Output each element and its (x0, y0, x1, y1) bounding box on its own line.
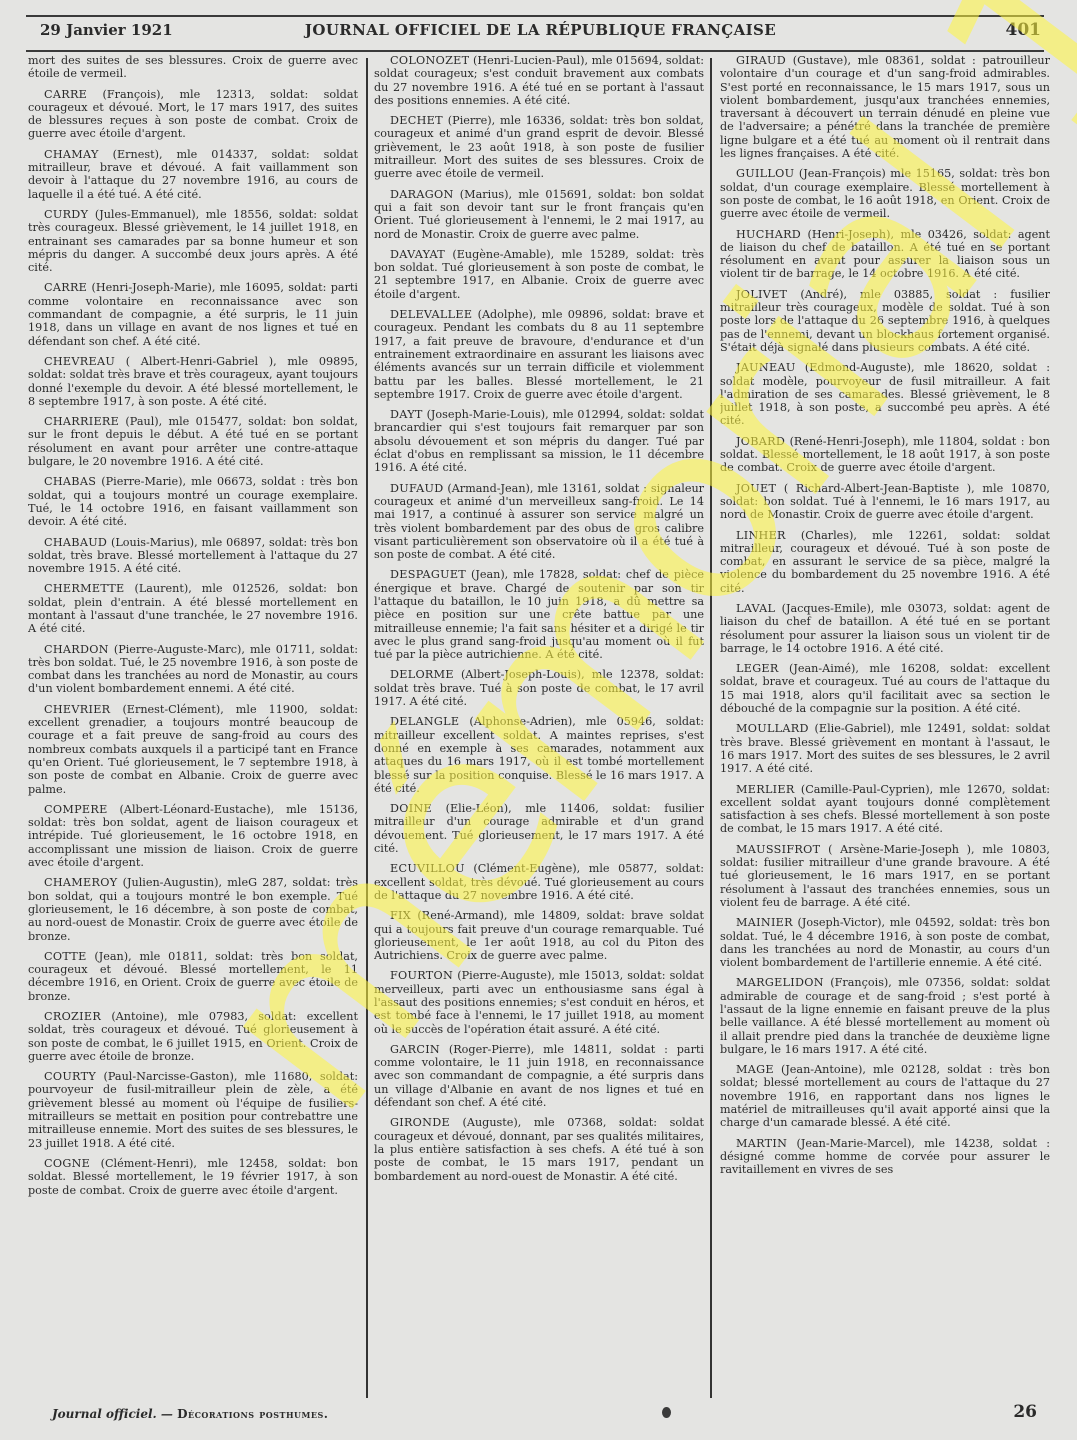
soldier-name: CURDY (44, 208, 88, 221)
entry-continuation: mort des suites de ses blessures. Croix … (28, 54, 358, 81)
citation-entry: LEGER (Jean-Aimé), mle 16208, soldat: ex… (720, 662, 1050, 715)
header-page-number: 401 (1006, 20, 1042, 40)
citation-entry: CHAMAY (Ernest), mle 014337, soldat: sol… (28, 148, 358, 201)
citation-entry: CHAMEROY (Julien-Augustin), mleG 287, so… (28, 876, 358, 942)
soldier-name: DELANGLE (390, 715, 459, 728)
footer-sheet-number: 26 (1013, 1402, 1037, 1422)
citation-entry: JAUNEAU (Edmond-Auguste), mle 18620, sol… (720, 361, 1050, 427)
soldier-name: COTTE (44, 950, 87, 963)
citation-entry: CHEVREAU ( Albert-Henri-Gabriel ), mle 0… (28, 355, 358, 408)
header-title: JOURNAL OFFICIEL DE LA RÉPUBLIQUE FRANÇA… (40, 21, 1041, 39)
soldier-name: MAGE (736, 1063, 774, 1076)
citation-text: (Jean), mle 17828, soldat: chef de pièce… (374, 568, 704, 661)
soldier-name: CHEVRIER (44, 703, 110, 716)
soldier-name: DARAGON (390, 188, 454, 201)
citation-entry: DAYT (Joseph-Marie-Louis), mle 012994, s… (374, 408, 704, 474)
citation-entry: GIRAUD (Gustave), mle 08361, soldat : pa… (720, 54, 1050, 160)
soldier-name: DUFAUD (390, 482, 443, 495)
citation-text: (Ernest-Clément), mle 11900, soldat: exc… (28, 703, 358, 796)
footer-bullet-icon (662, 1407, 671, 1418)
citation-entry: MARTIN (Jean-Marie-Marcel), mle 14238, s… (720, 1137, 1050, 1177)
soldier-name: MARGELIDON (736, 976, 824, 989)
citation-entry: GIRONDE (Auguste), mle 07368, soldat: so… (374, 1116, 704, 1182)
soldier-name: CHEVREAU (44, 355, 115, 368)
footer-journal: Journal officiel. — (52, 1407, 173, 1421)
column-3: GIRAUD (Gustave), mle 08361, soldat : pa… (720, 54, 1050, 1399)
citation-entry: CARRE (François), mle 12313, soldat: sol… (28, 88, 358, 141)
citation-entry: LINHER (Charles), mle 12261, soldat: sol… (720, 529, 1050, 595)
soldier-name: CHABAUD (44, 536, 107, 549)
soldier-name: JOLIVET (736, 288, 787, 301)
citation-entry: DESPAGUET (Jean), mle 17828, soldat: che… (374, 568, 704, 661)
citation-entry: COURTY (Paul-Narcisse-Gaston), mle 11680… (28, 1070, 358, 1150)
citation-entry: JOBARD (René-Henri-Joseph), mle 11804, s… (720, 435, 1050, 475)
citation-entry: COGNE (Clément-Henri), mle 12458, soldat… (28, 1157, 358, 1197)
soldier-name: DESPAGUET (390, 568, 466, 581)
citation-entry: LAVAL (Jacques-Emile), mle 03073, soldat… (720, 602, 1050, 655)
citation-entry: ECUVILLOU (Clément-Eugène), mle 05877, s… (374, 862, 704, 902)
soldier-name: CHERMETTE (44, 582, 125, 595)
soldier-name: LINHER (736, 529, 786, 542)
citation-text: (Joseph-Marie-Louis), mle 012994, soldat… (374, 408, 704, 474)
soldier-name: MERLIER (736, 783, 795, 796)
citation-entry: CHABAUD (Louis-Marius), mle 06897, solda… (28, 536, 358, 576)
citation-text: (Adolphe), mle 09896, soldat: brave et c… (374, 308, 704, 401)
soldier-name: MOULLARD (736, 722, 809, 735)
citation-entry: MAUSSIFROT ( Arsène-Marie-Joseph ), mle … (720, 843, 1050, 909)
citation-entry: DUFAUD (Armand-Jean), mle 13161, soldat … (374, 482, 704, 562)
column-divider (366, 58, 368, 1398)
citation-entry: CHABAS (Pierre-Marie), mle 06673, soldat… (28, 475, 358, 528)
soldier-name: DELORME (390, 668, 454, 681)
soldier-name: CHABAS (44, 475, 96, 488)
soldier-name: LEGER (736, 662, 779, 675)
citation-entry: CHERMETTE (Laurent), mle 012526, soldat:… (28, 582, 358, 635)
citation-entry: MAINIER (Joseph-Victor), mle 04592, sold… (720, 916, 1050, 969)
citation-entry: MARGELIDON (François), mle 07356, soldat… (720, 976, 1050, 1056)
column-2: COLONOZET (Henri-Lucien-Paul), mle 01569… (374, 54, 704, 1399)
citation-entry: CHARRIERE (Paul), mle 015477, soldat: bo… (28, 415, 358, 468)
soldier-name: DAVAYAT (390, 248, 445, 261)
citation-text: (Gustave), mle 08361, soldat : patrouill… (720, 54, 1050, 160)
soldier-name: DAYT (390, 408, 423, 421)
soldier-name: MARTIN (736, 1137, 787, 1150)
citation-entry: CROZIER (Antoine), mle 07983, soldat: ex… (28, 1010, 358, 1063)
citation-entry: GUILLOU (Jean-François) mle 15165, solda… (720, 167, 1050, 220)
citation-entry: MAGE (Jean-Antoine), mle 02128, soldat :… (720, 1063, 1050, 1129)
citation-entry: CHEVRIER (Ernest-Clément), mle 11900, so… (28, 703, 358, 796)
header-top-rule (26, 15, 1044, 17)
header-bottom-rule (26, 50, 1044, 52)
citation-entry: DELEVALLEE (Adolphe), mle 09896, soldat:… (374, 308, 704, 401)
soldier-name: JOBARD (736, 435, 785, 448)
column-divider (710, 58, 712, 1398)
soldier-name: HUCHARD (736, 228, 801, 241)
citation-entry: CARRE (Henri-Joseph-Marie), mle 16095, s… (28, 281, 358, 347)
citation-entry: CHARDON (Pierre-Auguste-Marc), mle 01711… (28, 643, 358, 696)
citation-entry: JOLIVET (André), mle 03885, soldat : fus… (720, 288, 1050, 354)
footer-section: Décorations posthumes. (177, 1407, 328, 1421)
citation-entry: MERLIER (Camille-Paul-Cyprien), mle 1267… (720, 783, 1050, 836)
soldier-name: GUILLOU (736, 167, 794, 180)
column-1: mort des suites de ses blessures. Croix … (28, 54, 358, 1399)
page-header: 29 Janvier 1921 JOURNAL OFFICIEL DE LA R… (40, 21, 1041, 45)
soldier-name: GIRONDE (390, 1116, 450, 1129)
soldier-name: LAVAL (736, 602, 775, 615)
citation-entry: DAVAYAT (Eugène-Amable), mle 15289, sold… (374, 248, 704, 301)
soldier-name: COURTY (44, 1070, 96, 1083)
citation-text: (René-Armand), mle 14809, soldat: brave … (374, 909, 704, 962)
journal-page: 29 Janvier 1921 JOURNAL OFFICIEL DE LA R… (0, 0, 1077, 1440)
soldier-name: CHAMEROY (44, 876, 117, 889)
soldier-name: DELEVALLEE (390, 308, 472, 321)
citation-entry: HUCHARD (Henri-Joseph), mle 03426, solda… (720, 228, 1050, 281)
soldier-name: DOINE (390, 802, 432, 815)
citation-entry: MOULLARD (Elie-Gabriel), mle 12491, sold… (720, 722, 1050, 775)
citation-entry: DOINE (Elie-Léon), mle 11406, soldat: fu… (374, 802, 704, 855)
citation-entry: DELANGLE (Alphonse-Adrien), mle 05946, s… (374, 715, 704, 795)
citation-entry: GARCIN (Roger-Pierre), mle 14811, soldat… (374, 1043, 704, 1109)
soldier-name: JAUNEAU (736, 361, 796, 374)
soldier-name: FIX (390, 909, 411, 922)
citation-entry: JOUET ( Richard-Albert-Jean-Baptiste ), … (720, 482, 1050, 522)
citation-entry: FOURTON (Pierre-Auguste), mle 15013, sol… (374, 969, 704, 1035)
citation-entry: COTTE (Jean), mle 01811, soldat: très bo… (28, 950, 358, 1003)
soldier-name: CHARDON (44, 643, 109, 656)
citation-entry: COLONOZET (Henri-Lucien-Paul), mle 01569… (374, 54, 704, 107)
soldier-name: CROZIER (44, 1010, 101, 1023)
soldier-name: COGNE (44, 1157, 90, 1170)
footer-caption: Journal officiel. — Décorations posthume… (52, 1407, 328, 1421)
citation-entry: DELORME (Albert-Joseph-Louis), mle 12378… (374, 668, 704, 708)
soldier-name: JOUET (736, 482, 776, 495)
soldier-name: MAUSSIFROT (736, 843, 820, 856)
soldier-name: MAINIER (736, 916, 793, 929)
citation-entry: FIX (René-Armand), mle 14809, soldat: br… (374, 909, 704, 962)
soldier-name: CHARRIERE (44, 415, 119, 428)
soldier-name: ECUVILLOU (390, 862, 465, 875)
citation-entry: DARAGON (Marius), mle 015691, soldat: bo… (374, 188, 704, 241)
citation-entry: CURDY (Jules-Emmanuel), mle 18556, solda… (28, 208, 358, 274)
soldier-name: CHAMAY (44, 148, 99, 161)
soldier-name: CARRE (44, 281, 87, 294)
soldier-name: GIRAUD (736, 54, 786, 67)
soldier-name: COMPERE (44, 803, 108, 816)
soldier-name: COLONOZET (390, 54, 469, 67)
soldier-name: GARCIN (390, 1043, 440, 1056)
soldier-name: FOURTON (390, 969, 453, 982)
soldier-name: DECHET (390, 114, 443, 127)
soldier-name: CARRE (44, 88, 87, 101)
citation-entry: DECHET (Pierre), mle 16336, soldat: très… (374, 114, 704, 180)
citation-entry: COMPERE (Albert-Léonard-Eustache), mle 1… (28, 803, 358, 869)
